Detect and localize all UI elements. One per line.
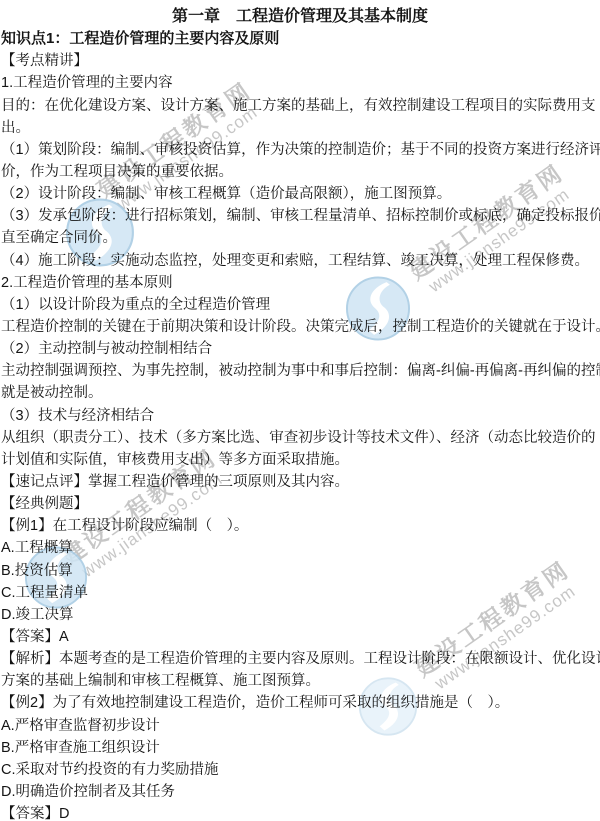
text-line: （3）技术与经济相结合 bbox=[0, 405, 600, 427]
text-line: A.工程概算 bbox=[0, 537, 600, 559]
text-line: D.明确造价控制者及其任务 bbox=[0, 781, 600, 803]
text-line: 【速记点评】掌握工程造价管理的三项原则及其内容。 bbox=[0, 471, 600, 493]
text-line: 2.工程造价管理的基本原则 bbox=[0, 272, 600, 294]
text-line: 目的：在优化建设方案、设计方案、施工方案的基础上，有效控制建设工程项目的实际费用… bbox=[0, 95, 600, 117]
document-page: 建设工程教育网www.jianshe99.com建设工程教育网www.jians… bbox=[0, 0, 600, 821]
text-line: C.采取对节约投资的有力奖励措施 bbox=[0, 759, 600, 781]
document-content: 第一章 工程造价管理及其基本制度知识点1：工程造价管理的主要内容及原则【考点精讲… bbox=[0, 0, 600, 821]
page-title: 第一章 工程造价管理及其基本制度 bbox=[0, 6, 600, 28]
text-line: 【经典例题】 bbox=[0, 493, 600, 515]
text-line: 就是被动控制。 bbox=[0, 382, 600, 404]
text-line: 方案的基础上编制和审核工程概算、施工图预算。 bbox=[0, 670, 600, 692]
text-line: 从组织（职责分工）、技术（多方案比选、审查初步设计等技术文件）、经济（动态比较造… bbox=[0, 427, 600, 449]
text-line: （4）施工阶段：实施动态监控，处理变更和索赔，工程结算、竣工决算，处理工程保修费… bbox=[0, 250, 600, 272]
text-line: 【考点精讲】 bbox=[0, 50, 600, 72]
text-line: D.竣工决算 bbox=[0, 604, 600, 626]
text-line: （3）发承包阶段：进行招标策划，编制、审核工程量清单、招标控制价或标底，确定投标… bbox=[0, 205, 600, 227]
text-line: B.严格审查施工组织设计 bbox=[0, 737, 600, 759]
text-line: （1）策划阶段：编制、审核投资估算，作为决策的控制造价；基于不同的投资方案进行经… bbox=[0, 139, 600, 161]
text-line: 【答案】D bbox=[0, 803, 600, 821]
text-line: （2）设计阶段：编制、审核工程概算（造价最高限额），施工图预算。 bbox=[0, 183, 600, 205]
text-line: B.投资估算 bbox=[0, 560, 600, 582]
text-line: 【例1】在工程设计阶段应编制（ ）。 bbox=[0, 515, 600, 537]
text-line: 出。 bbox=[0, 117, 600, 139]
text-line: （1）以设计阶段为重点的全过程造价管理 bbox=[0, 294, 600, 316]
text-line: 价，作为工程项目决策的重要依据。 bbox=[0, 161, 600, 183]
text-line: （2）主动控制与被动控制相结合 bbox=[0, 338, 600, 360]
section-heading: 知识点1：工程造价管理的主要内容及原则 bbox=[0, 28, 600, 50]
text-line: 直至确定合同价。 bbox=[0, 227, 600, 249]
text-line: 【解析】本题考查的是工程造价管理的主要内容及原则。工程设计阶段：在限额设计、优化… bbox=[0, 648, 600, 670]
text-line: C.工程量清单 bbox=[0, 582, 600, 604]
text-line: 主动控制强调预控、为事先控制，被动控制为事中和事后控制：偏离-纠偏-再偏离-再纠… bbox=[0, 360, 600, 382]
text-line: 【答案】A bbox=[0, 626, 600, 648]
text-line: 计划值和实际值，审核费用支出）等多方面采取措施。 bbox=[0, 449, 600, 471]
text-line: 1.工程造价管理的主要内容 bbox=[0, 72, 600, 94]
text-line: A.严格审查监督初步设计 bbox=[0, 715, 600, 737]
text-line: 【例2】为了有效地控制建设工程造价，造价工程师可采取的组织措施是（ ）。 bbox=[0, 692, 600, 714]
text-line: 工程造价控制的关键在于前期决策和设计阶段。决策完成后，控制工程造价的关键就在于设… bbox=[0, 316, 600, 338]
